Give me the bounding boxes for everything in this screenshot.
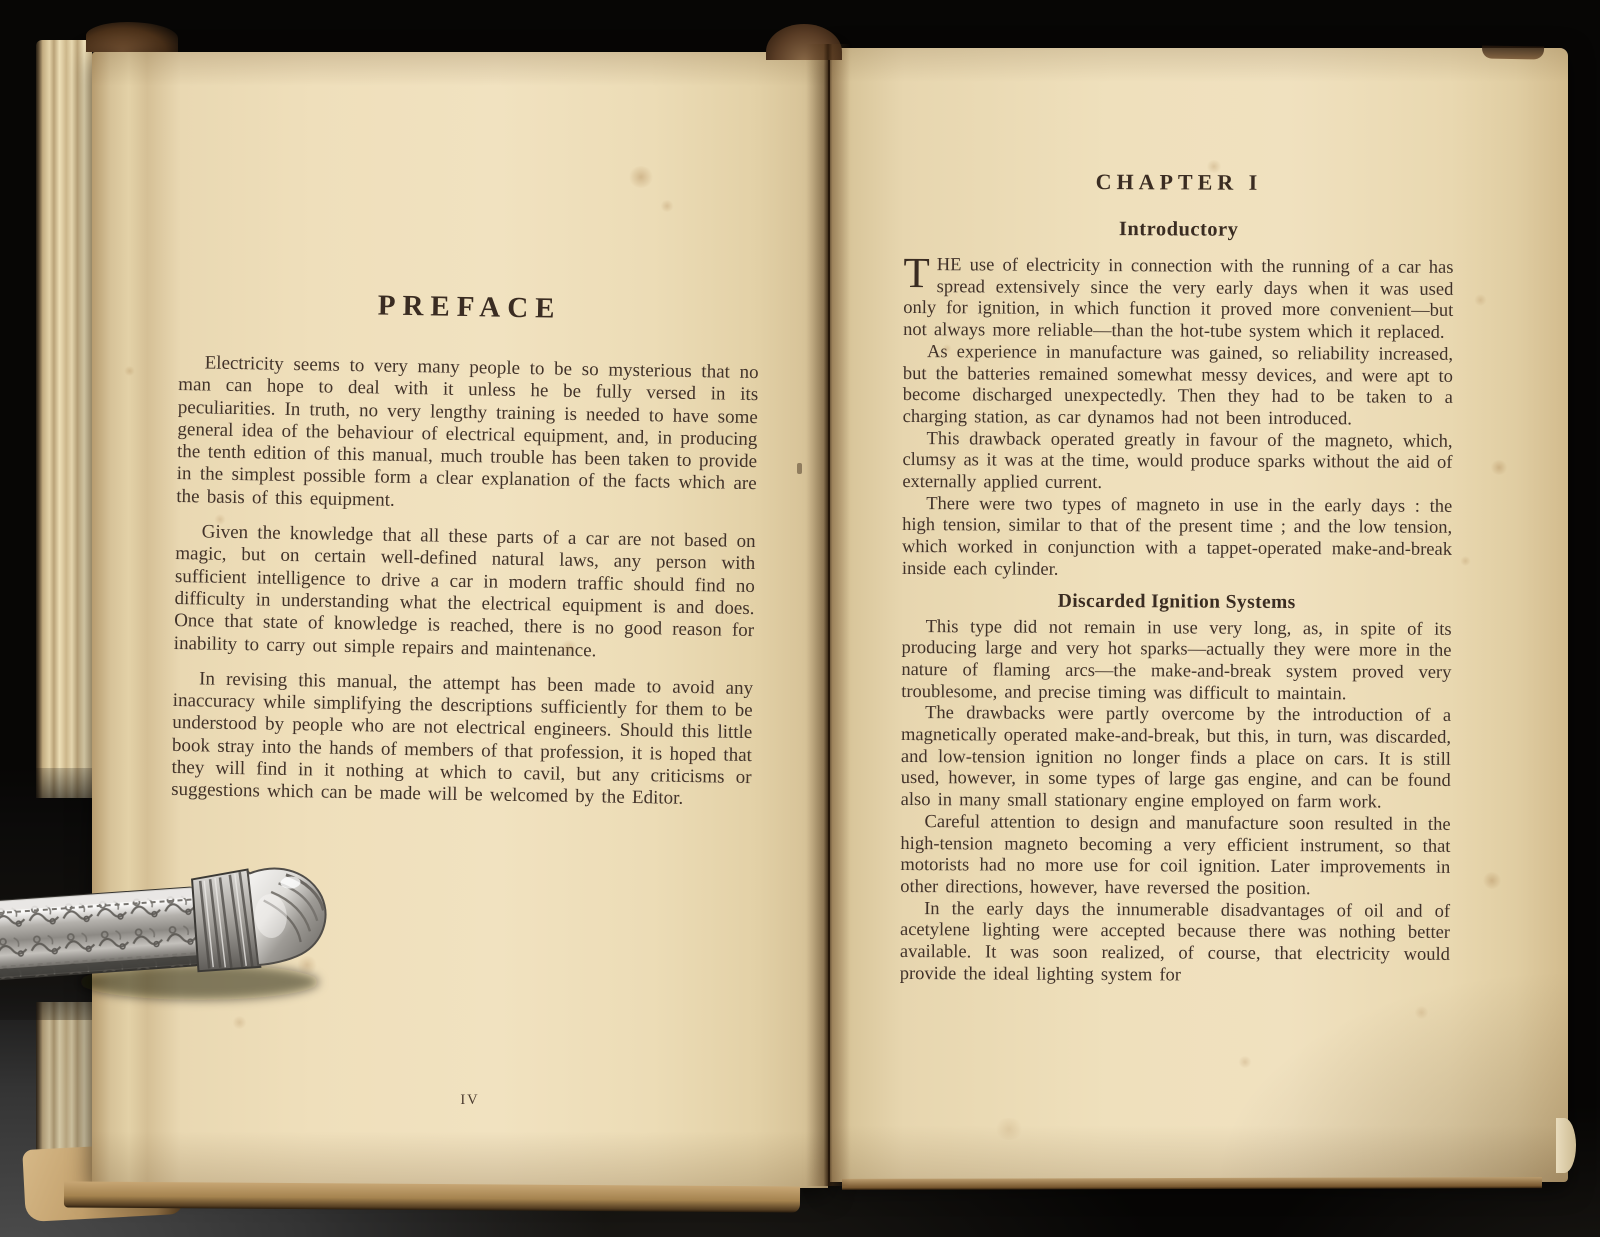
preface-paragraph: In revising this manual, the attempt has…	[171, 668, 753, 812]
worn-corner-top-left	[86, 22, 178, 52]
bottom-page-edge-right	[842, 1177, 1542, 1190]
drop-cap: T	[903, 255, 936, 292]
foxing-spot	[1482, 872, 1502, 889]
gutter-shadow	[806, 44, 850, 1186]
bookmark-hand	[248, 865, 329, 965]
foxing-spot	[994, 1118, 1024, 1140]
page-blemish	[797, 463, 802, 474]
left-page-text: PREFACE Electricity seems to very many p…	[171, 286, 760, 825]
chapter-paragraph: This type did not remain in use very lon…	[901, 617, 1451, 707]
section-heading: Introductory	[904, 217, 1454, 243]
foxing-spot	[1414, 1006, 1429, 1019]
right-page-text: CHAPTER I Introductory THE use of electr…	[900, 168, 1454, 988]
silver-hand-bookmark	[0, 842, 334, 1032]
right-page: CHAPTER I Introductory THE use of electr…	[830, 48, 1568, 1182]
foxing-spot	[628, 166, 654, 188]
foxing-spot	[942, 344, 952, 353]
book-photograph: PREFACE Electricity seems to very many p…	[0, 0, 1600, 1237]
preface-title: PREFACE	[179, 286, 759, 329]
foxing-spot	[214, 514, 226, 525]
preface-paragraph: Given the knowledge that all these parts…	[174, 521, 756, 665]
page-number: IV	[180, 1092, 760, 1109]
chapter-paragraph: There were two types of magneto in use i…	[902, 494, 1452, 584]
bottom-page-edge-left	[64, 1181, 800, 1212]
foxing-spot	[124, 366, 135, 376]
foxing-spot	[660, 200, 674, 212]
chapter-paragraph-text: HE use of electricity in connection with…	[903, 255, 1453, 343]
chapter-paragraph: THE use of electricity in connection wit…	[903, 255, 1453, 345]
foxing-spot	[1460, 556, 1471, 566]
worn-edge-chip	[1482, 45, 1544, 59]
foxing-spot	[1206, 160, 1222, 173]
fore-edge-tab	[1556, 1118, 1576, 1173]
chapter-paragraph: Careful attention to design and manufact…	[900, 812, 1450, 902]
foxing-spot	[1490, 460, 1508, 475]
foxing-spot	[1238, 1056, 1252, 1068]
chapter-paragraph: This drawback operated greatly in favour…	[902, 429, 1452, 497]
chapter-paragraph: As experience in manufacture was gained,…	[903, 342, 1453, 432]
page-edge-stack	[36, 40, 92, 798]
foxing-spot	[1474, 294, 1487, 306]
foxing-spot	[560, 640, 578, 656]
preface-paragraph: Electricity seems to very many people to…	[176, 352, 759, 518]
chapter-paragraph: The drawbacks were partly overcome by th…	[901, 703, 1452, 814]
subsection-heading: Discarded Ignition Systems	[902, 590, 1452, 615]
chapter-heading: CHAPTER I	[904, 168, 1454, 197]
chapter-paragraph: In the early days the innumerable disadv…	[900, 899, 1450, 989]
bookmark-shaft	[0, 887, 200, 980]
